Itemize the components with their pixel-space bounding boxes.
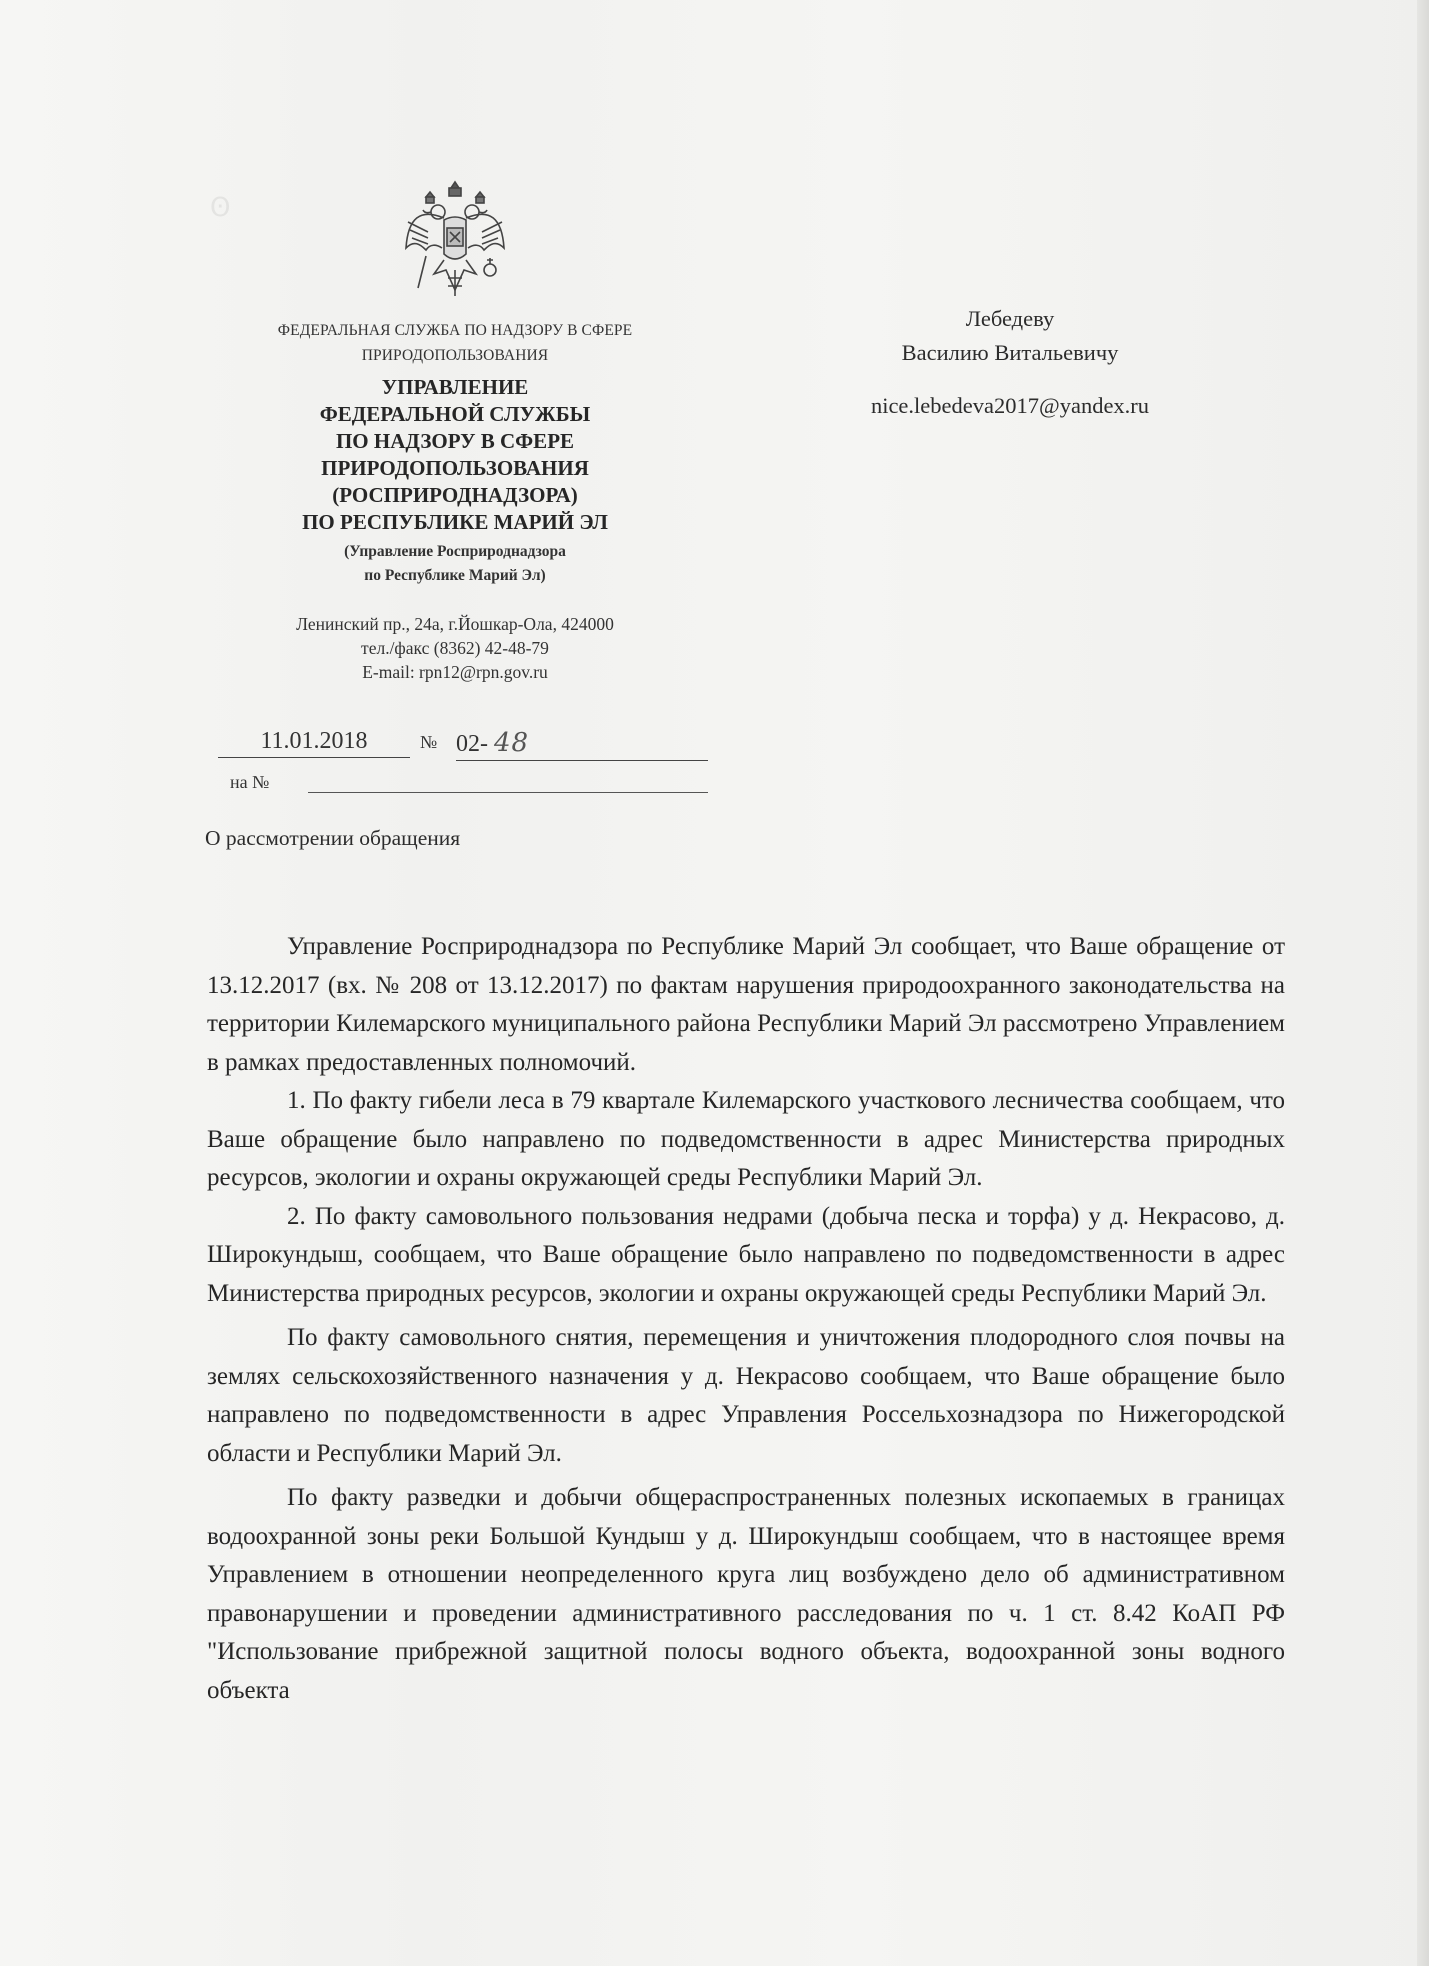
organization-short-name: (Управление Росприроднадзора по Республи… xyxy=(230,540,680,588)
organization-name-line: УПРАВЛЕНИЕ xyxy=(230,374,680,401)
short-name-line: (Управление Росприроднадзора xyxy=(230,540,680,564)
service-name-line: ФЕДЕРАЛЬНАЯ СЛУЖБА ПО НАДЗОРУ В СФЕРЕ xyxy=(230,318,680,343)
scanned-letter-page: Ꙩ xyxy=(0,0,1429,1966)
number-sign: № xyxy=(420,732,437,753)
organization-phone: тел./факс (8362) 42-48-79 xyxy=(230,636,680,660)
organization-name-line: ПО НАДЗОРУ В СФЕРЕ xyxy=(230,428,680,455)
organization-name-line: ПО РЕСПУБЛИКЕ МАРИЙ ЭЛ xyxy=(230,509,680,536)
short-name-line: по Республике Марий Эл) xyxy=(230,564,680,588)
reference-number-field xyxy=(308,792,708,793)
recipient-surname: Лебедеву xyxy=(820,302,1200,336)
organization-name-line: (РОСПРИРОДНАДЗОРА) xyxy=(230,482,680,509)
organization-address: Ленинский пр., 24а, г.Йошкар-Ола, 424000 xyxy=(230,612,680,636)
reference-line: на № xyxy=(230,772,708,802)
service-name-line: ПРИРОДОПОЛЬЗОВАНИЯ xyxy=(230,343,680,368)
body-paragraph-item-2: 2. По факту самовольного пользования нед… xyxy=(207,1198,1285,1314)
show-through-text: Ꙩ xyxy=(210,190,230,220)
organization-name-line: ФЕДЕРАЛЬНОЙ СЛУЖБЫ xyxy=(230,401,680,428)
reference-label: на № xyxy=(230,772,269,793)
registration-line: 11.01.2018 № 02-48 xyxy=(218,728,708,764)
body-paragraph-item-1: 1. По факту гибели леса в 79 квартале Ки… xyxy=(207,1082,1285,1198)
letter-date: 11.01.2018 xyxy=(218,728,410,758)
letterhead-block: ФЕДЕРАЛЬНАЯ СЛУЖБА ПО НАДЗОРУ В СФЕРЕ ПР… xyxy=(230,318,680,684)
organization-name-line: ПРИРОДОПОЛЬЗОВАНИЯ xyxy=(230,455,680,482)
letter-subject: О рассмотрении обращения xyxy=(205,826,460,851)
letter-number-prefix: 02- xyxy=(456,731,488,757)
recipient-block: Лебедеву Василию Витальевичу nice.lebede… xyxy=(820,302,1200,423)
service-name: ФЕДЕРАЛЬНАЯ СЛУЖБА ПО НАДЗОРУ В СФЕРЕ ПР… xyxy=(230,318,680,368)
organization-name: УПРАВЛЕНИЕ ФЕДЕРАЛЬНОЙ СЛУЖБЫ ПО НАДЗОРУ… xyxy=(230,374,680,536)
russian-coat-of-arms-icon xyxy=(400,178,510,303)
organization-email: E-mail: rpn12@rpn.gov.ru xyxy=(230,660,680,684)
body-paragraph: Управление Росприроднадзора по Республик… xyxy=(207,928,1285,1082)
organization-contacts: Ленинский пр., 24а, г.Йошкар-Ола, 424000… xyxy=(230,612,680,684)
body-paragraph: По факту разведки и добычи общераспростр… xyxy=(207,1479,1285,1710)
recipient-email: nice.lebedeva2017@yandex.ru xyxy=(820,389,1200,423)
letter-body: Управление Росприроднадзора по Республик… xyxy=(207,928,1285,1710)
page-edge xyxy=(1417,0,1429,1966)
handwritten-number: 48 xyxy=(494,728,529,758)
letter-number: 02-48 xyxy=(456,728,708,761)
recipient-name: Василию Витальевичу xyxy=(820,336,1200,370)
body-paragraph: По факту самовольного снятия, перемещени… xyxy=(207,1319,1285,1473)
